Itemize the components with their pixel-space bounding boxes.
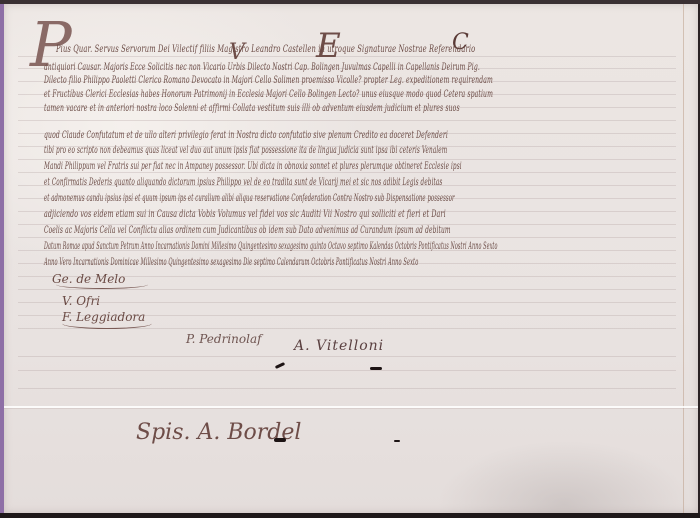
ink-blot [275, 362, 285, 369]
right-margin-line [683, 4, 684, 513]
subscription-signature: V. Ofri [62, 294, 100, 308]
text-line: tibi pro eo scripto non debeamus quas li… [44, 145, 447, 156]
ruled-line [18, 289, 676, 290]
text-line: et Fructibus Clerici Ecclesias habes Hon… [44, 89, 493, 100]
text-line: Anno Vero Incarnationis Dominicae Milles… [44, 257, 418, 268]
ruled-line [18, 302, 676, 303]
text-line: Dilecto filio Philippo Paoletti Clerico … [44, 75, 493, 86]
ruled-line [18, 172, 676, 173]
text-line: Mandi Philippum vel Fratris sui per fiat… [44, 161, 462, 172]
signature-flourish [56, 280, 148, 289]
ruled-line [18, 237, 676, 238]
ink-blot [394, 440, 400, 442]
text-line: tamen vacare et in anteriori nostra loco… [44, 103, 460, 114]
ruled-line [18, 388, 676, 389]
paper-fold [4, 406, 698, 408]
ruled-line [18, 356, 676, 357]
signature-flourish [62, 318, 152, 329]
text-line: adjiciendo vos eidem etiam sui in Causa … [44, 209, 446, 220]
text-line: Datum Romae apud Sanctum Petrum Anno Inc… [44, 241, 498, 252]
text-line: antiquiori Causar. Majoris Ecce Soliciti… [44, 62, 480, 73]
text-line: et admonemus candu ipsius ipsi et quum i… [44, 193, 455, 204]
scan-bottom-border [0, 513, 700, 518]
subscription-signature: P. Pedrinolaf [186, 332, 262, 346]
manuscript-page: P V E C Pius Quar. Servus Servorum Dei V… [4, 4, 698, 513]
ruled-line [18, 120, 676, 121]
text-line: et Confirmatis Dederis quanto aliquando … [44, 177, 442, 188]
text-line: Coelis ac Majoris Cella vel Conflictu al… [44, 225, 451, 236]
text-line: Pius Quar. Servus Servorum Dei Vilectif … [56, 44, 475, 55]
ink-blot [274, 438, 286, 442]
ruled-line [18, 159, 676, 160]
ruled-line [18, 370, 676, 371]
ruled-line [18, 56, 676, 57]
text-line: quod Claude Confutatum et de ullo alteri… [44, 130, 448, 141]
subscription-signature: A. Vitelloni [294, 338, 384, 354]
ink-blot [370, 367, 382, 370]
